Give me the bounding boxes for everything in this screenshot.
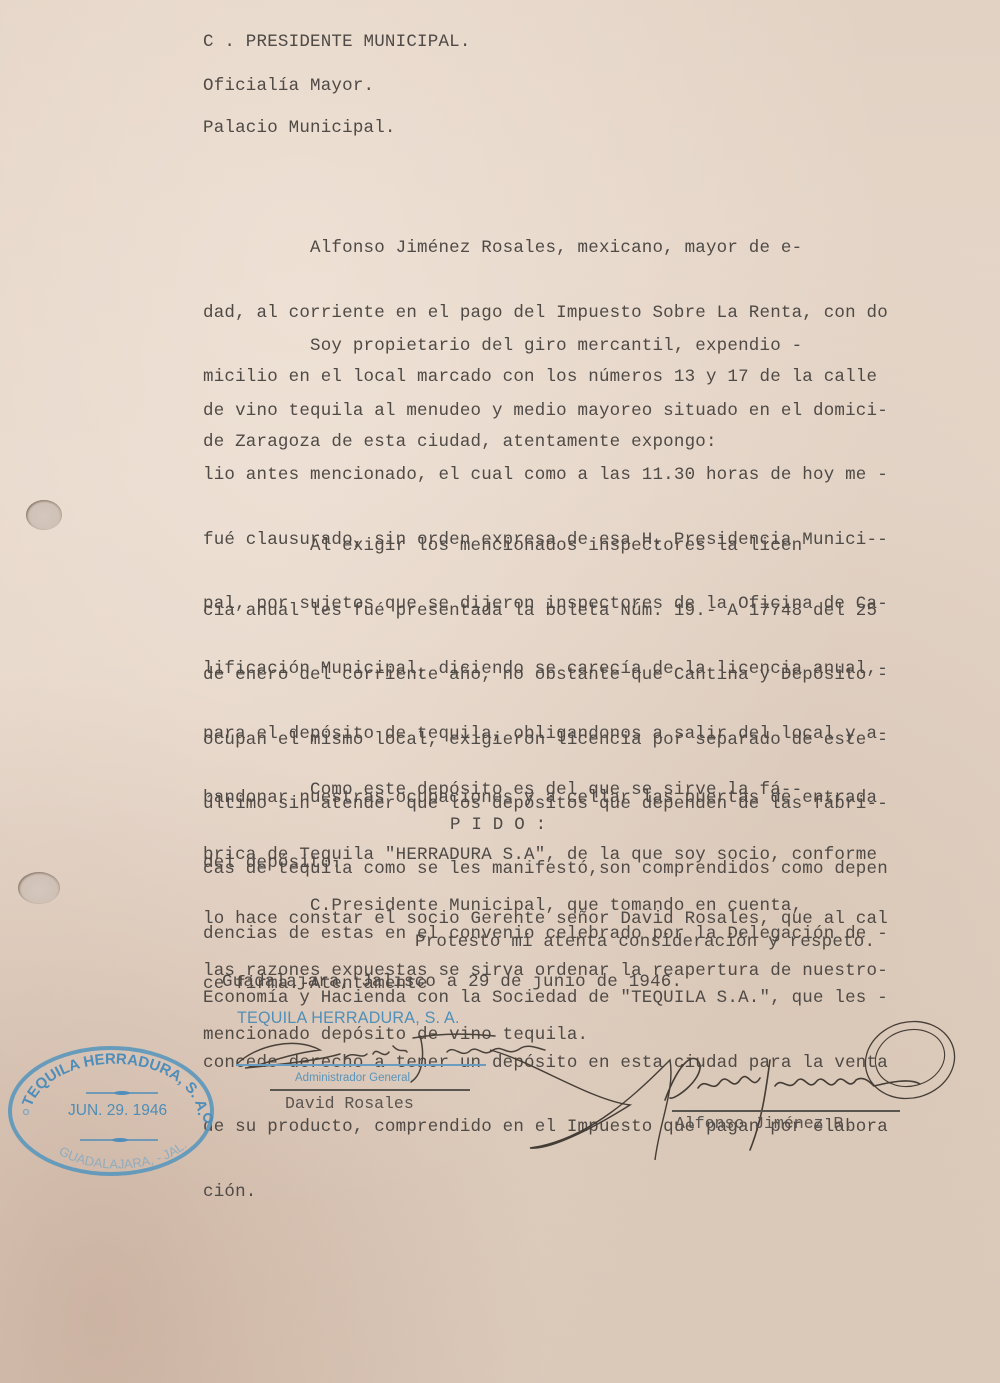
paragraph-line: de enero del corriente año, no obstante … [203, 665, 983, 687]
paragraph-line: ción. [203, 1182, 983, 1204]
letter-page: C . PRESIDENTE MUNICIPAL. Oficialía Mayo… [0, 0, 1000, 1383]
paragraph-line: C.Presidente Municipal, que tomando en c… [203, 896, 983, 918]
svg-text:GUADALAJARA, - JAL.: GUADALAJARA, - JAL. [57, 1137, 190, 1171]
admin-title: Administrador General. [295, 1072, 413, 1084]
paragraph-line: Como este depósito es del que se sirve l… [203, 780, 983, 802]
typed-signature-line-right [672, 1110, 900, 1112]
paragraph-line: Al exigir los mencionados inspectores la… [203, 536, 983, 558]
paragraph-line: de vino tequila al menudeo y medio mayor… [203, 401, 983, 423]
paragraph-line: Soy propietario del giro mercantil, expe… [203, 336, 983, 358]
alfonso-jimenez-signature [470, 1020, 970, 1170]
closing-line: Protesto mi atenta consideración y respe… [415, 932, 875, 954]
punch-hole-lower [18, 872, 60, 904]
paragraph-line: Alfonso Jiménez Rosales, mexicano, mayor… [203, 238, 983, 260]
place-date-line: Guadalajara, Jalisco a 29 de junio de 19… [222, 972, 682, 994]
punch-hole-upper [26, 500, 62, 530]
stamp-date: JUN. 29. 1946 [68, 1102, 167, 1120]
typed-signature-line-left [270, 1089, 470, 1091]
company-signature-line [236, 1064, 486, 1066]
paragraph-line: lio antes mencionado, el cual como a las… [203, 465, 983, 487]
paragraph-line: cia anual les fué presentada la boleta N… [203, 601, 983, 623]
typed-name-alfonso-jimenez: Alfonso Jiménez R. [675, 1114, 853, 1133]
typed-name-david-rosales: David Rosales [285, 1094, 414, 1113]
department-line: Oficialía Mayor. [203, 76, 374, 98]
building-line: Palacio Municipal. [203, 118, 396, 140]
recipient-line: C . PRESIDENTE MUNICIPAL. [203, 32, 471, 54]
request-heading: P I D O : [450, 815, 546, 837]
